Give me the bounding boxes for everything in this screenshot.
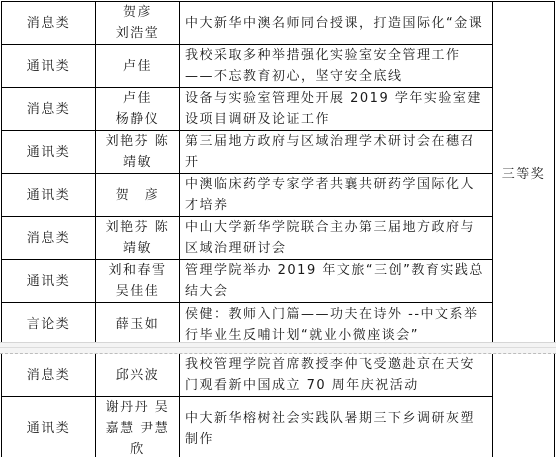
author-line: 刘和春雪 [102, 260, 173, 281]
author-line: 贺彦 [102, 2, 173, 23]
title-cell: 我校管理学院首席教授李仲飞受邀赴京在天安门观看新中国成立 70 周年庆祝活动 [180, 354, 493, 397]
author-line: 刘艳芬 陈 [102, 217, 173, 238]
table-row: 言论类 薛玉如 侯健：教师入门篇——功夫在诗外 --中文系举行毕业生反哺计划“就… [2, 303, 555, 347]
title-cell: 中大新华榕树社会实践队暑期三下乡调研灰塑制作 [180, 397, 493, 457]
category-cell: 通讯类 [2, 45, 96, 88]
author-line: 刘浩堂 [102, 23, 173, 44]
authors-cell: 刘艳芬 陈靖敏 [96, 217, 180, 260]
author-line: 刘艳芬 陈 [102, 131, 173, 152]
awards-table-page-2: 消息类 邱兴波 我校管理学院首席教授李仲飞受邀赴京在天安门观看新中国成立 70 … [1, 354, 555, 457]
title-cell: 管理学院举办 2019 年文旅“三创”教育实践总结大会 [180, 260, 493, 303]
authors-cell: 薛玉如 [96, 303, 180, 347]
table-row: 消息类 卢佳杨静仪 设备与实验室管理处开展 2019 学年实验室建设项目调研及论… [2, 88, 555, 131]
award-level-cell-continued [493, 354, 555, 457]
author-line: 贺 彦 [102, 185, 173, 206]
author-line: 谢丹丹 吴 [102, 397, 173, 418]
table-row: 通讯类 谢丹丹 吴嘉慧 尹慧欣 中大新华榕树社会实践队暑期三下乡调研灰塑制作 [2, 397, 555, 457]
category-cell: 通讯类 [2, 260, 96, 303]
authors-cell: 贺 彦 [96, 174, 180, 217]
author-line: 杨静仪 [102, 109, 173, 130]
title-cell: 中山大学新华学院联合主办第三届地方政府与区域治理研讨会 [180, 217, 493, 260]
table-row: 通讯类 卢佳 我校采取多种举措强化实验室安全管理工作——不忘教育初心，坚守安全底… [2, 45, 555, 88]
author-line: 邱兴波 [102, 365, 173, 386]
awards-table-page-1: 消息类 贺彦刘浩堂 中大新华中澳名师同台授课，打造国际化“金课 三等奖 通讯类 … [1, 1, 555, 347]
authors-cell: 卢佳 [96, 45, 180, 88]
author-line: 靖敏 [102, 152, 173, 173]
category-cell: 言论类 [2, 303, 96, 347]
author-line: 靖敏 [102, 238, 173, 259]
title-cell: 侯健：教师入门篇——功夫在诗外 --中文系举行毕业生反哺计划“就业小微座谈会” [180, 303, 493, 347]
author-line: 卢佳 [102, 88, 173, 109]
author-line: 薛玉如 [102, 314, 173, 335]
title-cell: 中澳临床药学专家学者共襄共研药学国际化人才培养 [180, 174, 493, 217]
category-cell: 消息类 [2, 217, 96, 260]
title-cell: 设备与实验室管理处开展 2019 学年实验室建设项目调研及论证工作 [180, 88, 493, 131]
table-row: 消息类 邱兴波 我校管理学院首席教授李仲飞受邀赴京在天安门观看新中国成立 70 … [2, 354, 555, 397]
category-cell: 消息类 [2, 2, 96, 45]
author-line: 卢佳 [102, 56, 173, 77]
category-cell: 消息类 [2, 354, 96, 397]
category-cell: 通讯类 [2, 174, 96, 217]
table-row: 消息类 刘艳芬 陈靖敏 中山大学新华学院联合主办第三届地方政府与区域治理研讨会 [2, 217, 555, 260]
award-level-cell: 三等奖 [493, 2, 555, 347]
authors-cell: 贺彦刘浩堂 [96, 2, 180, 45]
authors-cell: 刘艳芬 陈靖敏 [96, 131, 180, 174]
authors-cell: 卢佳杨静仪 [96, 88, 180, 131]
table-row: 消息类 贺彦刘浩堂 中大新华中澳名师同台授课，打造国际化“金课 三等奖 [2, 2, 555, 45]
category-cell: 通讯类 [2, 397, 96, 457]
title-cell: 第三届地方政府与区域治理学术研讨会在穗召开 [180, 131, 493, 174]
authors-cell: 邱兴波 [96, 354, 180, 397]
authors-cell: 谢丹丹 吴嘉慧 尹慧欣 [96, 397, 180, 457]
table-row: 通讯类 刘艳芬 陈靖敏 第三届地方政府与区域治理学术研讨会在穗召开 [2, 131, 555, 174]
page-break-separator [0, 342, 556, 354]
title-cell: 我校采取多种举措强化实验室安全管理工作——不忘教育初心，坚守安全底线 [180, 45, 493, 88]
authors-cell: 刘和春雪吴佳佳 [96, 260, 180, 303]
table-row: 通讯类 贺 彦 中澳临床药学专家学者共襄共研药学国际化人才培养 [2, 174, 555, 217]
author-line: 吴佳佳 [102, 281, 173, 302]
author-line: 欣 [102, 439, 173, 457]
title-cell: 中大新华中澳名师同台授课，打造国际化“金课 [180, 2, 493, 45]
author-line: 嘉慧 尹慧 [102, 418, 173, 439]
category-cell: 消息类 [2, 88, 96, 131]
table-row: 通讯类 刘和春雪吴佳佳 管理学院举办 2019 年文旅“三创”教育实践总结大会 [2, 260, 555, 303]
category-cell: 通讯类 [2, 131, 96, 174]
